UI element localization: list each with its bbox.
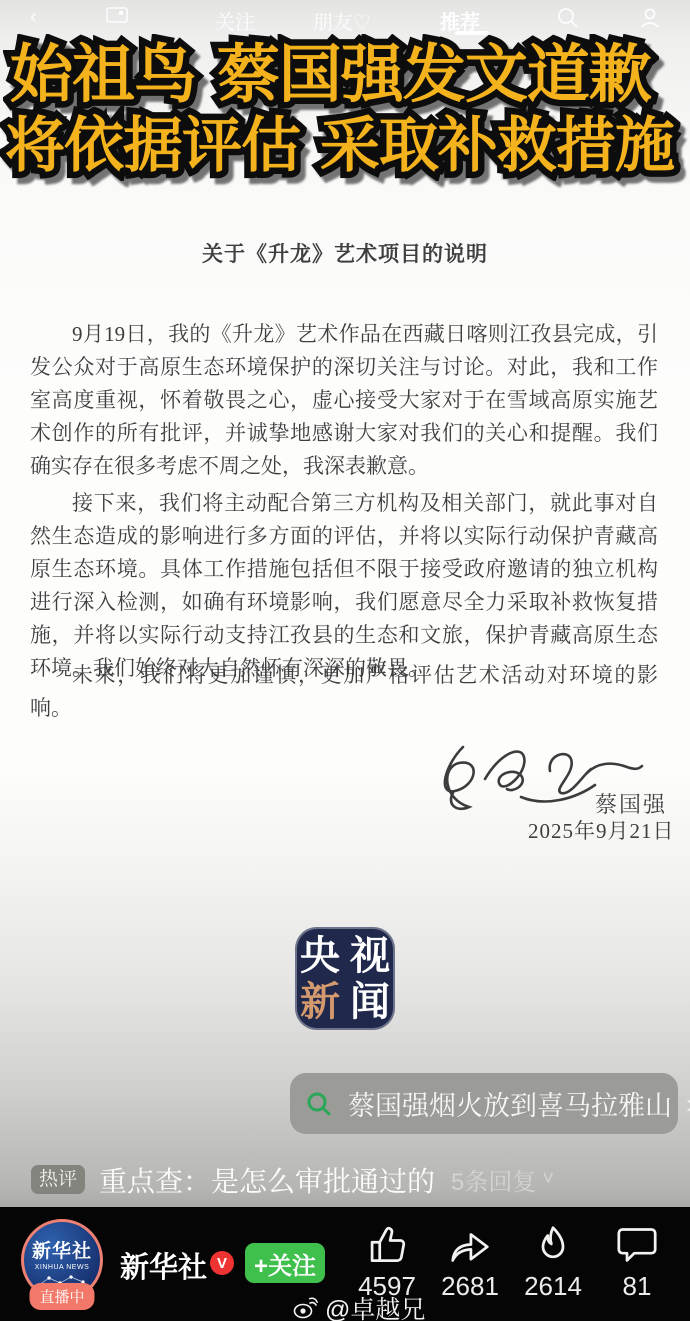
- bottom-action-bar: 新华社 XINHUA NEWS 直播中 新华社 V +关注 4597 2681: [0, 1207, 690, 1321]
- comment-icon: [615, 1225, 659, 1265]
- comment-button[interactable]: 81: [602, 1225, 672, 1302]
- search-suggestion-pill[interactable]: 蔡国强烟火放到喜马拉雅山 ›: [290, 1073, 678, 1134]
- document-title: 关于《升龙》艺术项目的说明: [0, 238, 690, 268]
- hot-comment-badge: 热评: [31, 1165, 85, 1194]
- follow-button[interactable]: +关注: [245, 1243, 325, 1283]
- share-count: 2681: [435, 1271, 505, 1302]
- hot-comment-reply-count[interactable]: 5条回复: [451, 1162, 536, 1197]
- watermark: @卓越兄: [292, 1290, 425, 1321]
- share-button[interactable]: 2681: [435, 1225, 505, 1302]
- share-icon: [448, 1225, 492, 1265]
- cctv-logo-char-2: 视: [350, 933, 390, 979]
- weibo-logo-icon: [292, 1296, 320, 1320]
- document-paragraph-2: 接下来，我们将主动配合第三方机构及相关部门，就此事对自然生态造成的影响进行多方面…: [30, 487, 658, 685]
- hot-button[interactable]: 2614: [518, 1225, 588, 1302]
- headline-line-2-fill: 将依据评估 采取补救措施: [5, 111, 674, 181]
- avatar-cn-text: 新华社: [24, 1236, 100, 1263]
- headline-line-2: 将依据评估 采取补救措施 将依据评估 采取补救措施: [5, 98, 674, 184]
- cctv-news-logo: 央 视 新 闻: [295, 927, 395, 1030]
- document-paragraph-3: 未来，我们将更加谨慎，更加严格评估艺术活动对环境的影响。: [30, 659, 658, 725]
- cctv-logo-char-1: 央: [300, 933, 340, 979]
- thumbs-up-icon: [365, 1225, 409, 1265]
- video-post-screen: ‹ 关注 朋友♡ 推荐 始祖鸟 蔡国强发文道歉 始祖鸟 蔡国强发文道歉 将依据评…: [0, 0, 690, 1321]
- hot-comment-row[interactable]: 热评 重点查：是怎么审批通过的 5条回复 ˅: [0, 1152, 690, 1207]
- chevron-down-icon[interactable]: ˅: [542, 1168, 554, 1191]
- chevron-right-icon: ›: [686, 1088, 690, 1120]
- document-paragraph-1: 9月19日，我的《升龙》艺术作品在西藏日喀则江孜县完成，引发公众对于高原生态环境…: [30, 318, 658, 483]
- watermark-text: @卓越兄: [325, 1290, 425, 1321]
- signature-date: 2025年9月21日: [528, 815, 675, 845]
- comment-count: 81: [602, 1271, 672, 1302]
- flame-icon: [531, 1225, 575, 1265]
- cctv-logo-char-4: 闻: [350, 979, 390, 1025]
- avatar-en-text: XINHUA NEWS: [24, 1264, 100, 1271]
- verified-badge-icon: V: [210, 1251, 234, 1275]
- hot-comment-text: 重点查：是怎么审批通过的: [99, 1160, 435, 1200]
- cctv-logo-char-3: 新: [300, 979, 340, 1025]
- account-name[interactable]: 新华社: [120, 1245, 207, 1286]
- hot-count: 2614: [518, 1271, 588, 1302]
- xinhua-avatar[interactable]: 新华社 XINHUA NEWS 直播中: [21, 1219, 103, 1301]
- search-query-text: 蔡国强烟火放到喜马拉雅山: [348, 1084, 672, 1123]
- live-streaming-badge[interactable]: 直播中: [29, 1283, 94, 1310]
- search-magnifier-icon: [304, 1089, 334, 1119]
